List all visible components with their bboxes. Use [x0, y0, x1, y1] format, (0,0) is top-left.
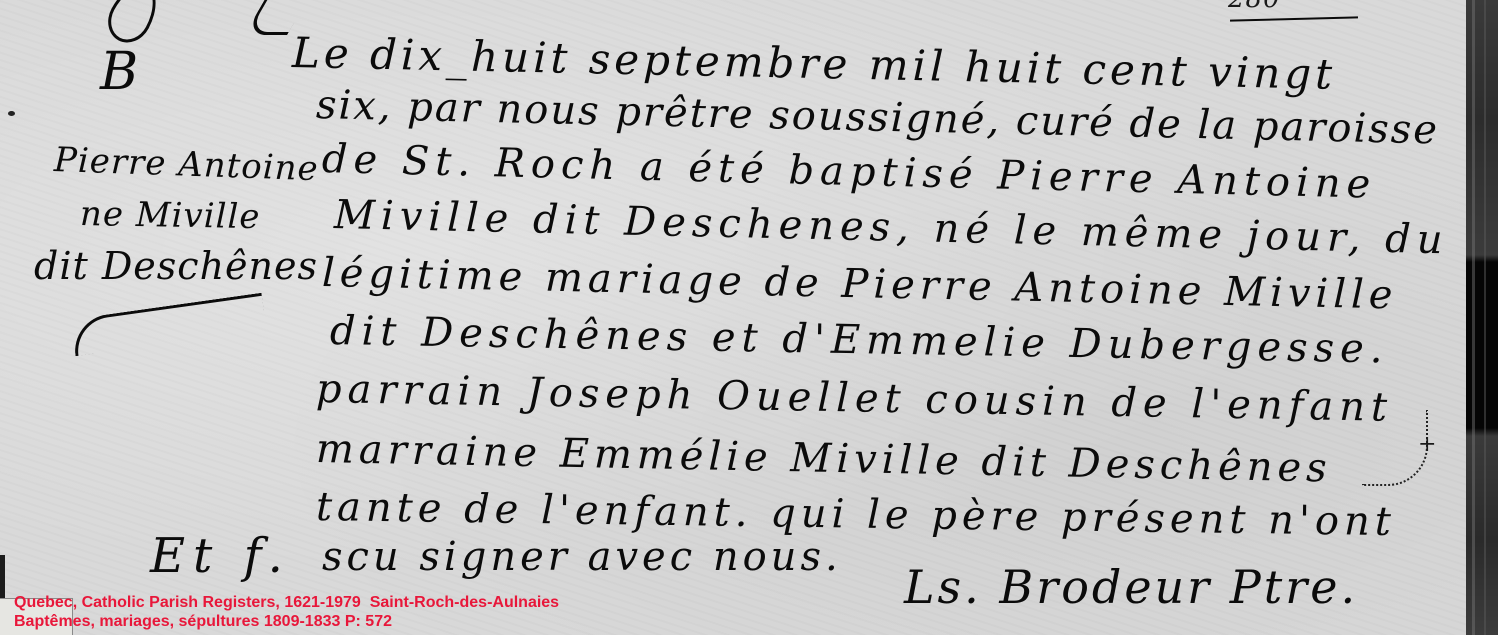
margin-entry-mark: B — [100, 42, 139, 102]
page-number-partial: 280 — [1228, 0, 1281, 14]
margin-name-line-3: dit Deschênes — [34, 244, 318, 288]
entry-line-6: dit Deschênes et d'Emmelie Dubergesse. — [330, 308, 1389, 372]
margin-flourish — [70, 293, 266, 357]
margin-name-line-2: ne Miville — [80, 194, 261, 237]
book-binding-edge — [1466, 0, 1498, 635]
correction-cross-mark: + — [1418, 432, 1437, 457]
source-caption: Quebec, Catholic Parish Registers, 1621-… — [14, 593, 559, 631]
caption-line-1: Quebec, Catholic Parish Registers, 1621-… — [14, 593, 559, 612]
caption-line-2: Baptêmes, mariages, sépultures 1809-1833… — [14, 612, 559, 631]
margin-speck — [8, 111, 15, 116]
page-edge-line — [0, 555, 5, 599]
register-page-scan: 280 B Pierre Antoine ne Miville dit Desc… — [0, 0, 1466, 635]
entry-line-7: parrain Joseph Ouellet cousin de l'enfan… — [316, 366, 1394, 431]
page-number-underline — [1230, 16, 1358, 21]
entry-line-8: marraine Emmélie Miville dit Deschênes — [316, 426, 1333, 491]
lower-left-mark: Et f. — [150, 528, 291, 584]
entry-line-5: légitime mariage de Pierre Antoine Mivil… — [322, 250, 1398, 319]
entry-line-10: scu signer avec nous. — [322, 534, 842, 580]
margin-name-line-1: Pierre Antoine — [53, 140, 319, 189]
priest-signature: Ls. Brodeur Ptre. — [904, 560, 1358, 614]
